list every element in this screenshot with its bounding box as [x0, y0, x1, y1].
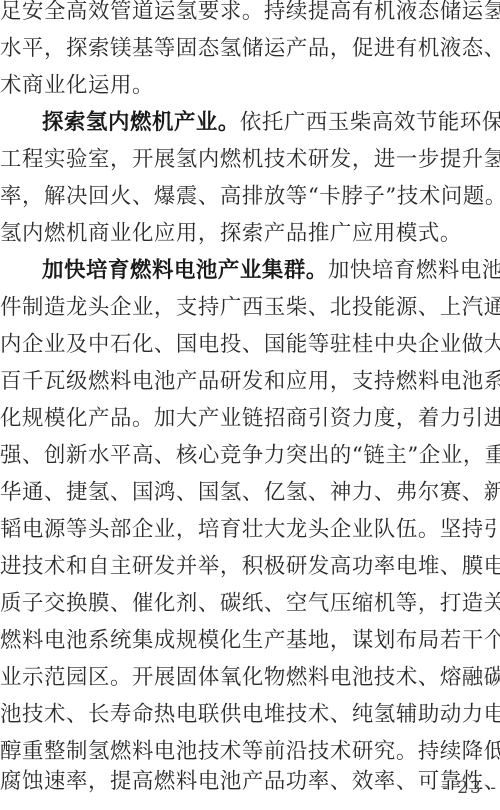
text-line: 工程实验室，开展氢内燃机技术研发，进一步提升氢内燃机热效 [0, 148, 500, 172]
text-line: 氢内燃机商业化应用，探索产品推广应用模式。 [0, 222, 500, 246]
text-line: 华通、捷氢、国鸿、国氢、亿氢、神力、弗尔赛、新源动力、雄 [0, 481, 500, 505]
text-line: 醇重整制氢燃料电池技术等前沿技术研究。持续降低电堆衰减和 [0, 740, 500, 764]
text-line: 腐蚀速率，提高燃料电池产品功率、效率、可靠性、运营时间等 [0, 770, 500, 794]
text-line: 水平，探索镁基等固态氢储运产品，促进有机液态、固态储氢技 [0, 37, 500, 61]
text-line: 率，解决回火、爆震、高排放等“卡脖子”技术问题。适时启动 [0, 185, 500, 209]
text-line: 强、创新水平高、核心竞争力突出的“链主”企业，重点引进亿 [0, 444, 500, 468]
text-line: 业示范园区。开展固体氧化物燃料电池技术、熔融碳酸盐燃料电 [0, 666, 500, 690]
text-line: 进技术和自主研发并举，积极研发高功率电堆、膜电极、双极板、 [0, 555, 500, 579]
text-line: 术商业化运用。 [0, 74, 500, 98]
text-line: 韬电源等头部企业，培育壮大龙头企业队伍。坚持引进国内外先 [0, 518, 500, 542]
section-heading-fuel-cell: 加快培育燃料电池产业集群。 [42, 258, 328, 283]
text-line: 足安全高效管道运氢要求。持续提高有机液态储运氢寿命和节能 [0, 0, 500, 24]
text-line: 件制造龙头企业，支持广西玉柴、北投能源、上汽通用五菱等区 [0, 296, 500, 320]
text-span: 加快培育燃料电池系统及零部 [328, 258, 500, 283]
text-span: 依托广西玉柴高效节能环保内燃机国家 [240, 110, 500, 135]
page-number: - 23 - [442, 778, 498, 798]
paragraph-start-hydrogen-ice: 探索氢内燃机产业。依托广西玉柴高效节能环保内燃机国家 [0, 111, 500, 135]
text-line: 质子交换膜、催化剂、碳纸、空气压缩机等，打造关键零部件及 [0, 592, 500, 616]
text-line: 池技术、长寿命热电联供电堆技术、纯氢辅助动力电池技术、甲 [0, 703, 500, 727]
section-heading-hydrogen-ice: 探索氢内燃机产业。 [42, 110, 240, 135]
text-line: 化规模化产品。加大产业链招商引资力度，着力引进一批牵引力 [0, 407, 500, 431]
text-line: 内企业及中石化、国电投、国能等驻桂中央企业做大做强，开展 [0, 333, 500, 357]
text-line: 百千瓦级燃料电池产品研发和应用，支持燃料电池系统形成系列 [0, 370, 500, 394]
text-line: 燃料电池系统集成规模化生产基地，谋划布局若干个燃料电池产 [0, 629, 500, 653]
paragraph-start-fuel-cell: 加快培育燃料电池产业集群。加快培育燃料电池系统及零部 [0, 259, 500, 283]
